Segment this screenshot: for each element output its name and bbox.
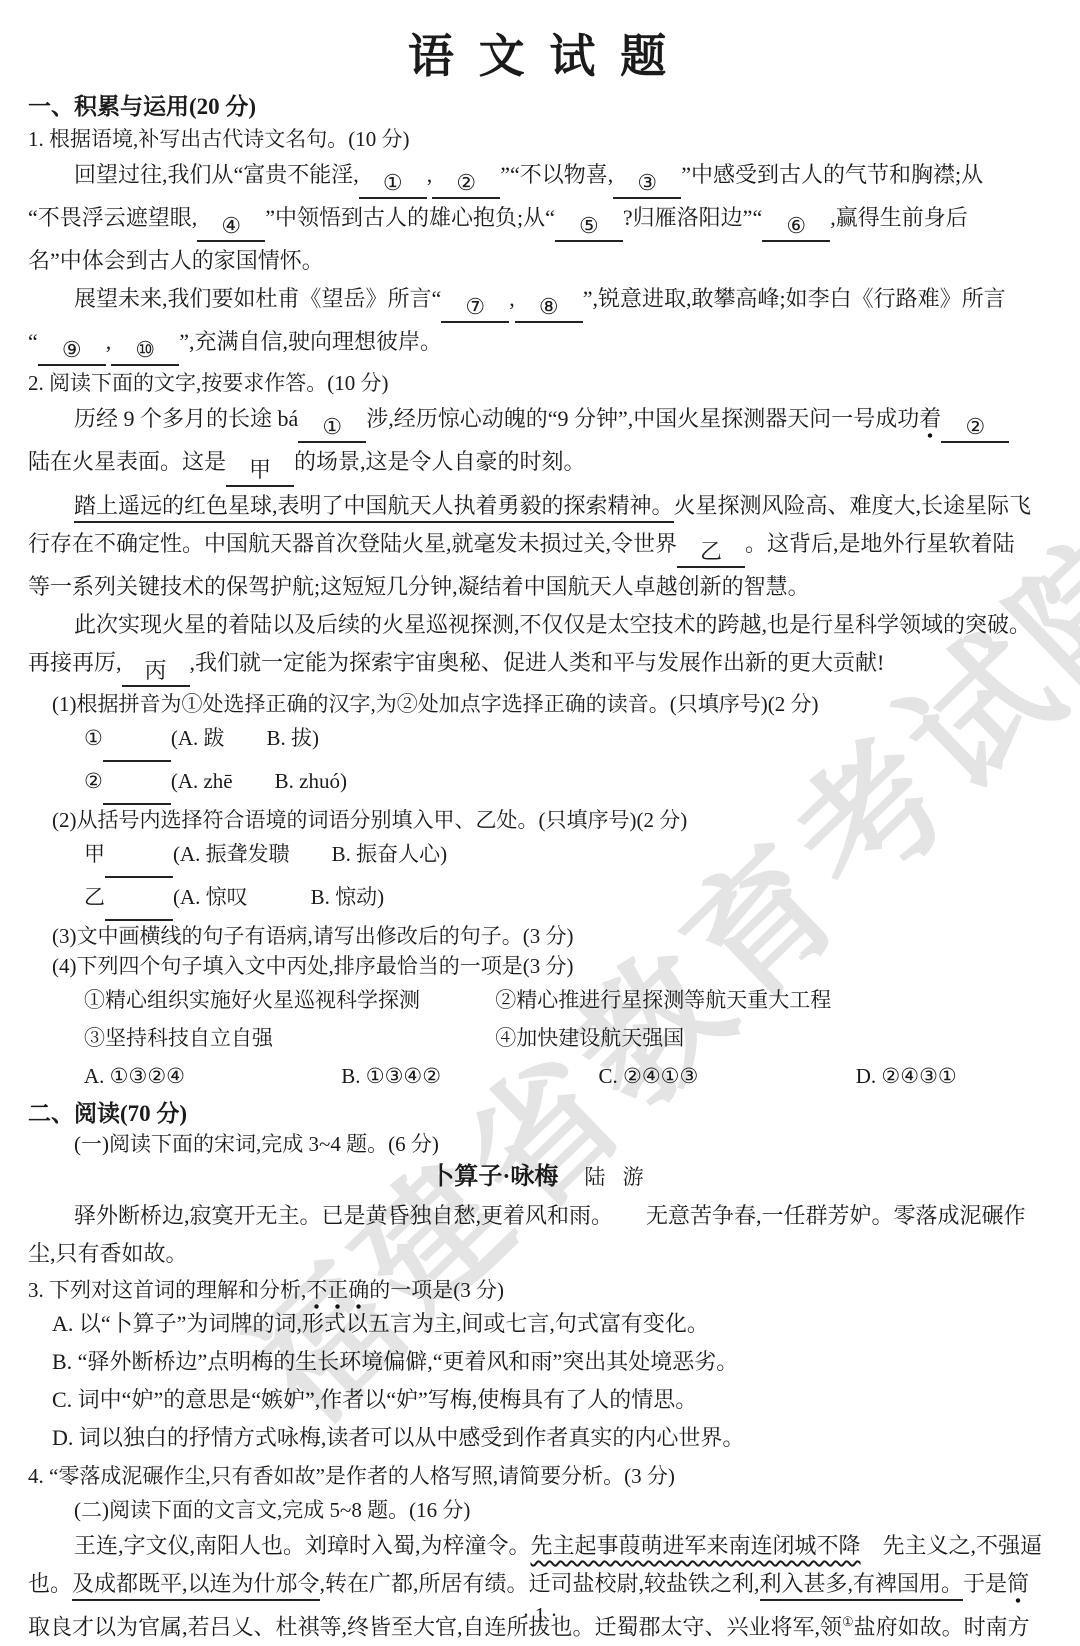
text-run: (A. 跋 B. 拔) — [171, 726, 319, 750]
q2-sub4-item: ②精心推进行星探测等航天重大工程 — [495, 988, 831, 1012]
blank-underline — [105, 851, 173, 878]
text-run: “ — [28, 329, 38, 354]
text-run: 也。 — [28, 1571, 72, 1596]
part1-intro: (一)阅读下面的宋词,完成 3~4 题。(6 分) — [28, 1129, 1052, 1159]
choice-c: C. ②④①③ — [599, 1057, 851, 1095]
text-run: ”,充满自信,驶向理想彼岸。 — [179, 329, 442, 354]
text-run: 于是 — [963, 1571, 1007, 1596]
poem-title-line: 卜算子·咏梅陆 游 — [28, 1159, 1052, 1195]
blank-underline: ② — [432, 171, 500, 199]
choice-b: B. ①③④② — [341, 1057, 593, 1095]
blank-underline: ③ — [613, 171, 681, 199]
q3-option-a: A. 以“卜算子”为词牌的词,形式以五言为主,间或七言,句式富有变化。 — [52, 1305, 1052, 1343]
text-run: 再接再厉, — [28, 650, 122, 675]
text-run: ,我们就一定能为探索宇宙奥秘、促进人类和平与发展作出新的更大贡献! — [190, 650, 885, 675]
text-run: 先主义之,不强逼 — [861, 1533, 1043, 1558]
blank-underline: ⑤ — [555, 214, 623, 242]
q2-sub4-item: ①精心组织实施好火星巡视科学探测 — [84, 981, 490, 1019]
q3-option-c: C. 词中“妒”的意思是“嫉妒”,作者以“妒”写梅,使梅具有了人的情思。 — [52, 1381, 1052, 1419]
text-run: ,赢得生前身后 — [830, 205, 968, 230]
blank-underline: ⑧ — [515, 295, 583, 323]
q2-line: 此次实现火星的着陆以及后续的火星巡视探测,不仅仅是太空技术的跨越,也是行星科学领… — [28, 606, 1052, 644]
text-run: ”“不以物喜, — [500, 162, 613, 187]
part2-intro: (二)阅读下面的文言文,完成 5~8 题。(16 分) — [28, 1495, 1052, 1525]
blank-underline — [103, 735, 171, 762]
blank-underline: ⑩ — [111, 338, 179, 366]
page-content: 语 文 试 题 一、积累与运用(20 分) 1. 根据语境,补写出古代诗文名句。… — [0, 0, 1080, 1646]
q2-sub4-stem: (4)下列四个句子填入文中丙处,排序最恰当的一项是(3 分) — [52, 951, 1052, 981]
text-run: 此次实现火星的着陆以及后续的火星巡视探测,不仅仅是太空技术的跨越,也是行星科学领… — [74, 612, 1031, 637]
text-run: 涉,经历惊心动魄的“9 分钟”,中国火星探测器天问一号成功 — [366, 406, 919, 431]
q1-line: 展望未来,我们要如杜甫《望岳》所言“⑦,⑧”,锐意进取,敢攀高峰;如李白《行路难… — [28, 280, 1052, 323]
poem-title: 卜算子·咏梅 — [430, 1164, 558, 1190]
text-run: (A. 惊叹 B. 惊动) — [173, 885, 384, 909]
q2-sub4-items-row: ③坚持科技自立自强 ④加快建设航天强国 — [84, 1019, 1052, 1057]
classical-line: 也。及成都既平,以连为什邡令,转在广都,所居有绩。迁司盐校尉,较盐铁之利,利入甚… — [28, 1565, 1052, 1603]
q2-sub2-row: 甲 (A. 振聋发聩 B. 振奋人心) — [84, 835, 1052, 878]
q2-sub4-choices-row: A. ①③②④ B. ①③④② C. ②④①③ D. ②④③① — [84, 1057, 1052, 1095]
text-run: 王连,字文仪,南阳人也。刘璋时入蜀,为梓潼令。 — [74, 1533, 531, 1558]
text-run: 的一项是(3 分) — [369, 1278, 504, 1302]
blank-underline: ① — [359, 171, 427, 199]
text-run: 乙 — [84, 885, 105, 909]
text-run: ,转在广都,所居有绩。迁司盐校尉,较盐铁之利, — [320, 1571, 760, 1596]
text-run: 火星探测风险高、难度大,长途星际飞 — [674, 493, 1032, 518]
blank-underline: ⑥ — [762, 214, 830, 242]
underlined-text: 利入甚多,有裨国用。 — [760, 1571, 964, 1601]
text-run: 甲 — [84, 842, 105, 866]
q1-line: 回望过往,我们从“富贵不能淫,①,②”“不以物喜,③”中感受到古人的气节和胸襟;… — [28, 156, 1052, 199]
q2-sub4-items-row: ①精心组织实施好火星巡视科学探测 ②精心推进行星探测等航天重大工程 — [84, 981, 1052, 1019]
page-number: · 1 · — [0, 1603, 1080, 1628]
q2-line: 踏上遥远的红色星球,表明了中国航天人执着勇毅的探索精神。火星探测风险高、难度大,… — [28, 487, 1052, 525]
q1-stem: 1. 根据语境,补写出古代诗文名句。(10 分) — [28, 124, 1052, 154]
q2-line: 行存在不确定性。中国航天器首次登陆火星,就毫发未损过关,令世界乙。这背后,是地外… — [28, 525, 1052, 568]
poem-line: 驿外断桥边,寂寞开无主。已是黄昏独自愁,更着风和雨。 无意苦争春,一任群芳妒。零… — [28, 1197, 1052, 1235]
choice-d: D. ②④③① — [856, 1057, 957, 1095]
q2-line: 陆在火星表面。这是甲的场景,这是令人自豪的时刻。 — [28, 443, 1052, 486]
q2-sub4-item: ④加快建设航天强国 — [495, 1026, 684, 1050]
choice-a: A. ①③②④ — [84, 1057, 336, 1095]
text-run: 的场景,这是令人自豪的时刻。 — [294, 449, 586, 474]
blank-underline: 甲 — [226, 458, 294, 486]
page-title: 语 文 试 题 — [28, 30, 1052, 82]
q2-sub1-row: ① (A. 跋 B. 拔) — [84, 719, 1052, 762]
blank-underline — [103, 778, 171, 805]
section1-heading: 一、积累与运用(20 分) — [28, 92, 1052, 122]
section2-heading: 二、阅读(70 分) — [28, 1099, 1052, 1129]
q3-option-b: B. “驿外断桥边”点明梅的生长环境偏僻,“更着风和雨”突出其处境恶劣。 — [52, 1343, 1052, 1381]
q4-stem: 4. “零落成泥碾作尘,只有香如故”是作者的人格写照,请简要分析。(3 分) — [28, 1457, 1052, 1495]
blank-underline: 乙 — [677, 540, 745, 568]
text-run: 陆在火星表面。这是 — [28, 449, 226, 474]
blank-underline: ① — [298, 415, 366, 443]
wavy-underlined-text: 先主起事葭萌进军来南连闭城不降 — [531, 1533, 861, 1558]
text-run: ”,锐意进取,敢攀高峰;如李白《行路难》所言 — [583, 286, 1006, 311]
text-run: (A. 振聋发聩 B. 振奋人心) — [173, 842, 447, 866]
q1-line: “不畏浮云遮望眼,④”中领悟到古人的雄心抱负;从“⑤?归雁洛阳边”“⑥,赢得生前… — [28, 199, 1052, 242]
emphasis-dotted-text: 简 — [1007, 1571, 1029, 1604]
q2-sub2-row: 乙 (A. 惊叹 B. 惊动) — [84, 878, 1052, 921]
text-run: “不畏浮云遮望眼, — [28, 205, 197, 230]
q1-line: “⑨,⑩”,充满自信,驶向理想彼岸。 — [28, 323, 1052, 366]
blank-underline: ⑦ — [441, 295, 509, 323]
underlined-text: 踏上遥远的红色星球,表明了中国航天人执着勇毅的探索精神。 — [74, 493, 674, 523]
q2-sub2-stem: (2)从括号内选择符合语境的词语分别填入甲、乙处。(只填序号)(2 分) — [52, 805, 1052, 835]
text-run: 回望过往,我们从“富贵不能淫, — [74, 162, 359, 187]
text-run: 展望未来,我们要如杜甫《望岳》所言“ — [74, 286, 441, 311]
q2-line: 历经 9 个多月的长途 bá①涉,经历惊心动魄的“9 分钟”,中国火星探测器天问… — [28, 400, 1052, 443]
underlined-text: 及成都既平,以连为什邡令 — [72, 1571, 320, 1601]
text-run: 历经 9 个多月的长途 bá — [74, 406, 298, 431]
q2-sub1-row: ② (A. zhē B. zhuó) — [84, 762, 1052, 805]
q2-sub1-stem: (1)根据拼音为①处选择正确的汉字,为②处加点字选择正确的读音。(只填序号)(2… — [52, 689, 1052, 719]
blank-underline: ④ — [197, 214, 265, 242]
q2-line: 等一系列关键技术的保驾护航;这短短几分钟,凝结着中国航天人卓越创新的智慧。 — [28, 568, 1052, 606]
text-run: (A. zhē B. zhuó) — [171, 769, 347, 793]
exam-page: 福建省教育考试院 语 文 试 题 一、积累与运用(20 分) 1. 根据语境,补… — [0, 0, 1080, 1646]
text-run: ① — [84, 726, 103, 750]
q3-stem: 3. 下列对这首词的理解和分析,不正确的一项是(3 分) — [28, 1275, 1052, 1305]
q2-line: 再接再厉,丙,我们就一定能为探索宇宙奥秘、促进人类和平与发展作出新的更大贡献! — [28, 644, 1052, 687]
blank-underline — [105, 894, 173, 921]
q3-option-d: D. 词以独白的抒情方式咏梅,读者可以从中感受到作者真实的内心世界。 — [52, 1419, 1052, 1457]
text-run: ?归雁洛阳边”“ — [623, 205, 762, 230]
emphasis-dotted-text: 着 — [919, 406, 941, 439]
classical-line: 王连,字文仪,南阳人也。刘璋时入蜀,为梓潼令。先主起事葭萌进军来南连闭城不降 先… — [28, 1527, 1052, 1565]
q1-line: 名”中体会到古人的家国情怀。 — [28, 242, 1052, 280]
text-run: 3. 下列对这首词的理解和分析, — [28, 1278, 306, 1302]
text-run: 行存在不确定性。中国航天器首次登陆火星,就毫发未损过关,令世界 — [28, 531, 677, 556]
poem-line: 尘,只有香如故。 — [28, 1235, 1052, 1273]
q2-sub3-stem: (3)文中画横线的句子有语病,请写出修改后的句子。(3 分) — [52, 921, 1052, 951]
blank-underline: ⑨ — [38, 338, 106, 366]
blank-underline: 丙 — [122, 659, 190, 687]
q2-stem: 2. 阅读下面的文字,按要求作答。(10 分) — [28, 368, 1052, 398]
blank-underline: ② — [941, 415, 1009, 443]
text-run: 等一系列关键技术的保驾护航;这短短几分钟,凝结着中国航天人卓越创新的智慧。 — [28, 574, 810, 599]
text-run: ② — [84, 769, 103, 793]
poem-author: 陆 游 — [584, 1165, 649, 1189]
text-run: 。这背后,是地外行星软着陆 — [745, 531, 1015, 556]
q2-sub4-item: ③坚持科技自立自强 — [84, 1019, 490, 1057]
text-run: ”中领悟到古人的雄心抱负;从“ — [265, 205, 555, 230]
text-run: 名”中体会到古人的家国情怀。 — [28, 248, 324, 273]
text-run: ”中感受到古人的气节和胸襟;从 — [681, 162, 983, 187]
